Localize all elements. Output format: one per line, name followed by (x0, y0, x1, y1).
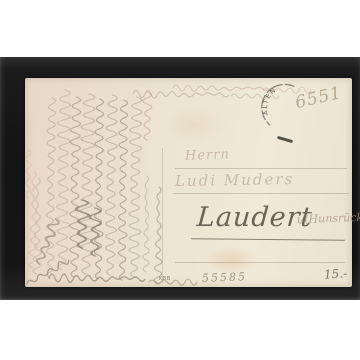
photo-frame: Herrn Ludi Muders Laudert i/(Hunsrück AL… (0, 57, 360, 300)
postmark-text: ALTEN (260, 85, 279, 117)
message-bottom-line (26, 217, 198, 286)
printer-mark: KBB (159, 276, 171, 282)
address-recipient-name: Ludi Muders (175, 170, 294, 190)
price-note: 15.- (324, 266, 348, 282)
address-town-detail: i/(Hunsrück (297, 211, 360, 226)
address-salutation: Herrn (185, 147, 230, 164)
message-script-columns (25, 90, 162, 283)
inventory-number: 55585 (202, 270, 247, 285)
photo-of-postcard: Herrn Ludi Muders Laudert i/(Hunsrück AL… (0, 0, 360, 360)
svg-text:ALTEN: ALTEN (260, 85, 279, 117)
address-rule (173, 193, 349, 194)
address-town: Laudert (196, 202, 314, 233)
address-rule (175, 262, 345, 263)
card-divider-line (162, 148, 163, 283)
postcard-back: Herrn Ludi Muders Laudert i/(Hunsrück AL… (25, 78, 352, 287)
address-rule (175, 168, 347, 169)
